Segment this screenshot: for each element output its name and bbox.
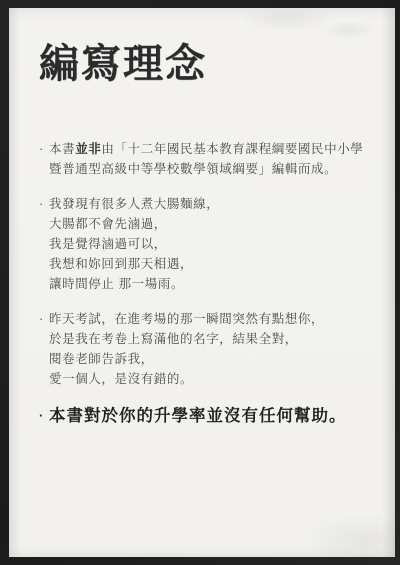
bullet-item-2: · 我發現有很多人煮大腸麵線， 大腸都不會先滷過， 我是覺得滷過可以， 我想和妳…	[39, 194, 369, 294]
text-line: 愛一個人，是沒有錯的。	[49, 369, 369, 389]
bullet-item-3: · 昨天考試，在進考場的那一瞬間突然有點想你， 於是我在考卷上寫滿他的名字，結果…	[39, 309, 369, 389]
text-line: 昨天考試，在進考場的那一瞬間突然有點想你，	[49, 309, 369, 329]
bullet-marker: ·	[39, 404, 49, 428]
page-title: 編寫理念	[39, 42, 369, 86]
text-line: 大腸都不會先滷過，	[49, 214, 369, 234]
photo-frame: 編寫理念 · 本書並非由「十二年國民基本教育課程綱要國民中小學暨普通型高級中等學…	[0, 0, 400, 565]
bullet-text-4: 本書對於你的升學率並沒有任何幫助。	[49, 404, 369, 428]
text-line: 於是我在考卷上寫滿他的名字，結果全對，	[49, 329, 369, 349]
bullet-marker: ·	[39, 139, 49, 159]
bullet-text-1: 本書並非由「十二年國民基本教育課程綱要國民中小學暨普通型高級中等學校數學領域綱要…	[49, 139, 369, 179]
text-line: 讓時間停止 那一場雨。	[49, 274, 369, 294]
bullet-item-1: · 本書並非由「十二年國民基本教育課程綱要國民中小學暨普通型高級中等學校數學領域…	[39, 139, 369, 179]
book-page: 編寫理念 · 本書並非由「十二年國民基本教育課程綱要國民中小學暨普通型高級中等學…	[9, 8, 395, 557]
text-line: 我想和妳回到那天相遇，	[49, 254, 369, 274]
bullet-item-4: · 本書對於你的升學率並沒有任何幫助。	[39, 404, 369, 428]
bullet-text-3: 昨天考試，在進考場的那一瞬間突然有點想你， 於是我在考卷上寫滿他的名字，結果全對…	[49, 309, 369, 389]
bullet-list: · 本書並非由「十二年國民基本教育課程綱要國民中小學暨普通型高級中等學校數學領域…	[39, 139, 369, 428]
text-line: 我是覺得滷過可以，	[49, 234, 369, 254]
text-line: 我發現有很多人煮大腸麵線，	[49, 194, 369, 214]
bullet-marker: ·	[39, 309, 49, 329]
text-line: 閱卷老師告訴我，	[49, 349, 369, 369]
text-segment-bold: 並非	[75, 142, 101, 156]
bullet-marker: ·	[39, 194, 49, 214]
bullet-text-2: 我發現有很多人煮大腸麵線， 大腸都不會先滷過， 我是覺得滷過可以， 我想和妳回到…	[49, 194, 369, 294]
text-segment: 本書	[49, 142, 75, 156]
